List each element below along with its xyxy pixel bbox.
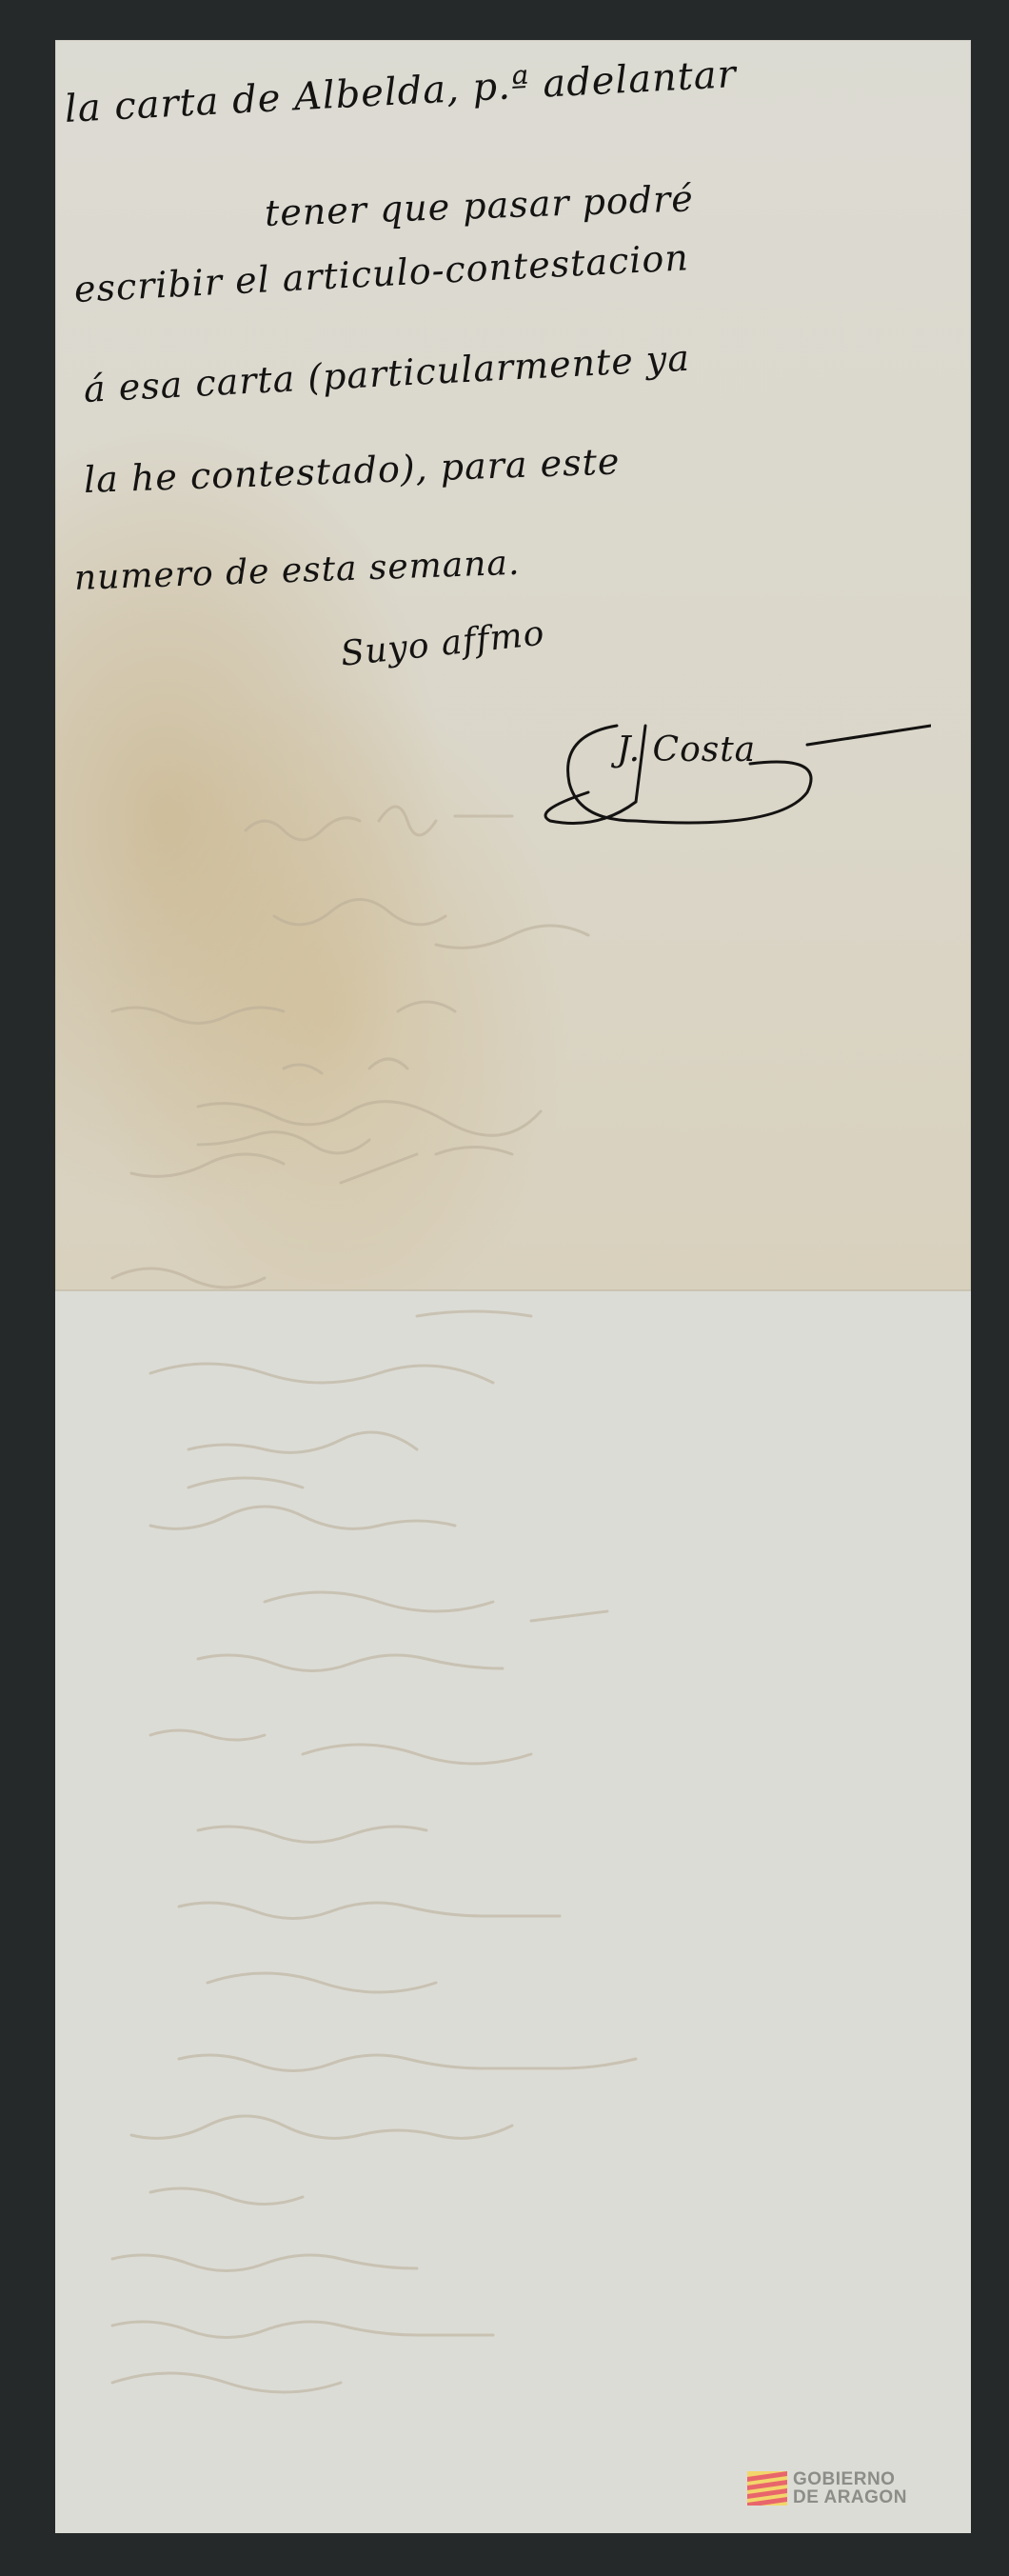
watermark-text: GOBIERNO DE ARAGON — [793, 2470, 907, 2506]
gobierno-de-aragon-watermark: GOBIERNO DE ARAGON — [747, 2470, 907, 2506]
watermark-line-1: GOBIERNO — [793, 2470, 907, 2488]
aged-stain-area — [55, 40, 971, 1290]
signature: J. Costa — [512, 707, 931, 830]
aragon-flag-icon — [747, 2471, 787, 2506]
fold-line — [55, 1289, 971, 1291]
signature-text: J. Costa — [617, 730, 756, 769]
watermark-line-2: DE ARAGON — [793, 2488, 907, 2506]
letter-page: la carta de Albelda, p.ª adelantar tener… — [55, 40, 971, 2533]
lower-page-half — [55, 1290, 971, 2533]
